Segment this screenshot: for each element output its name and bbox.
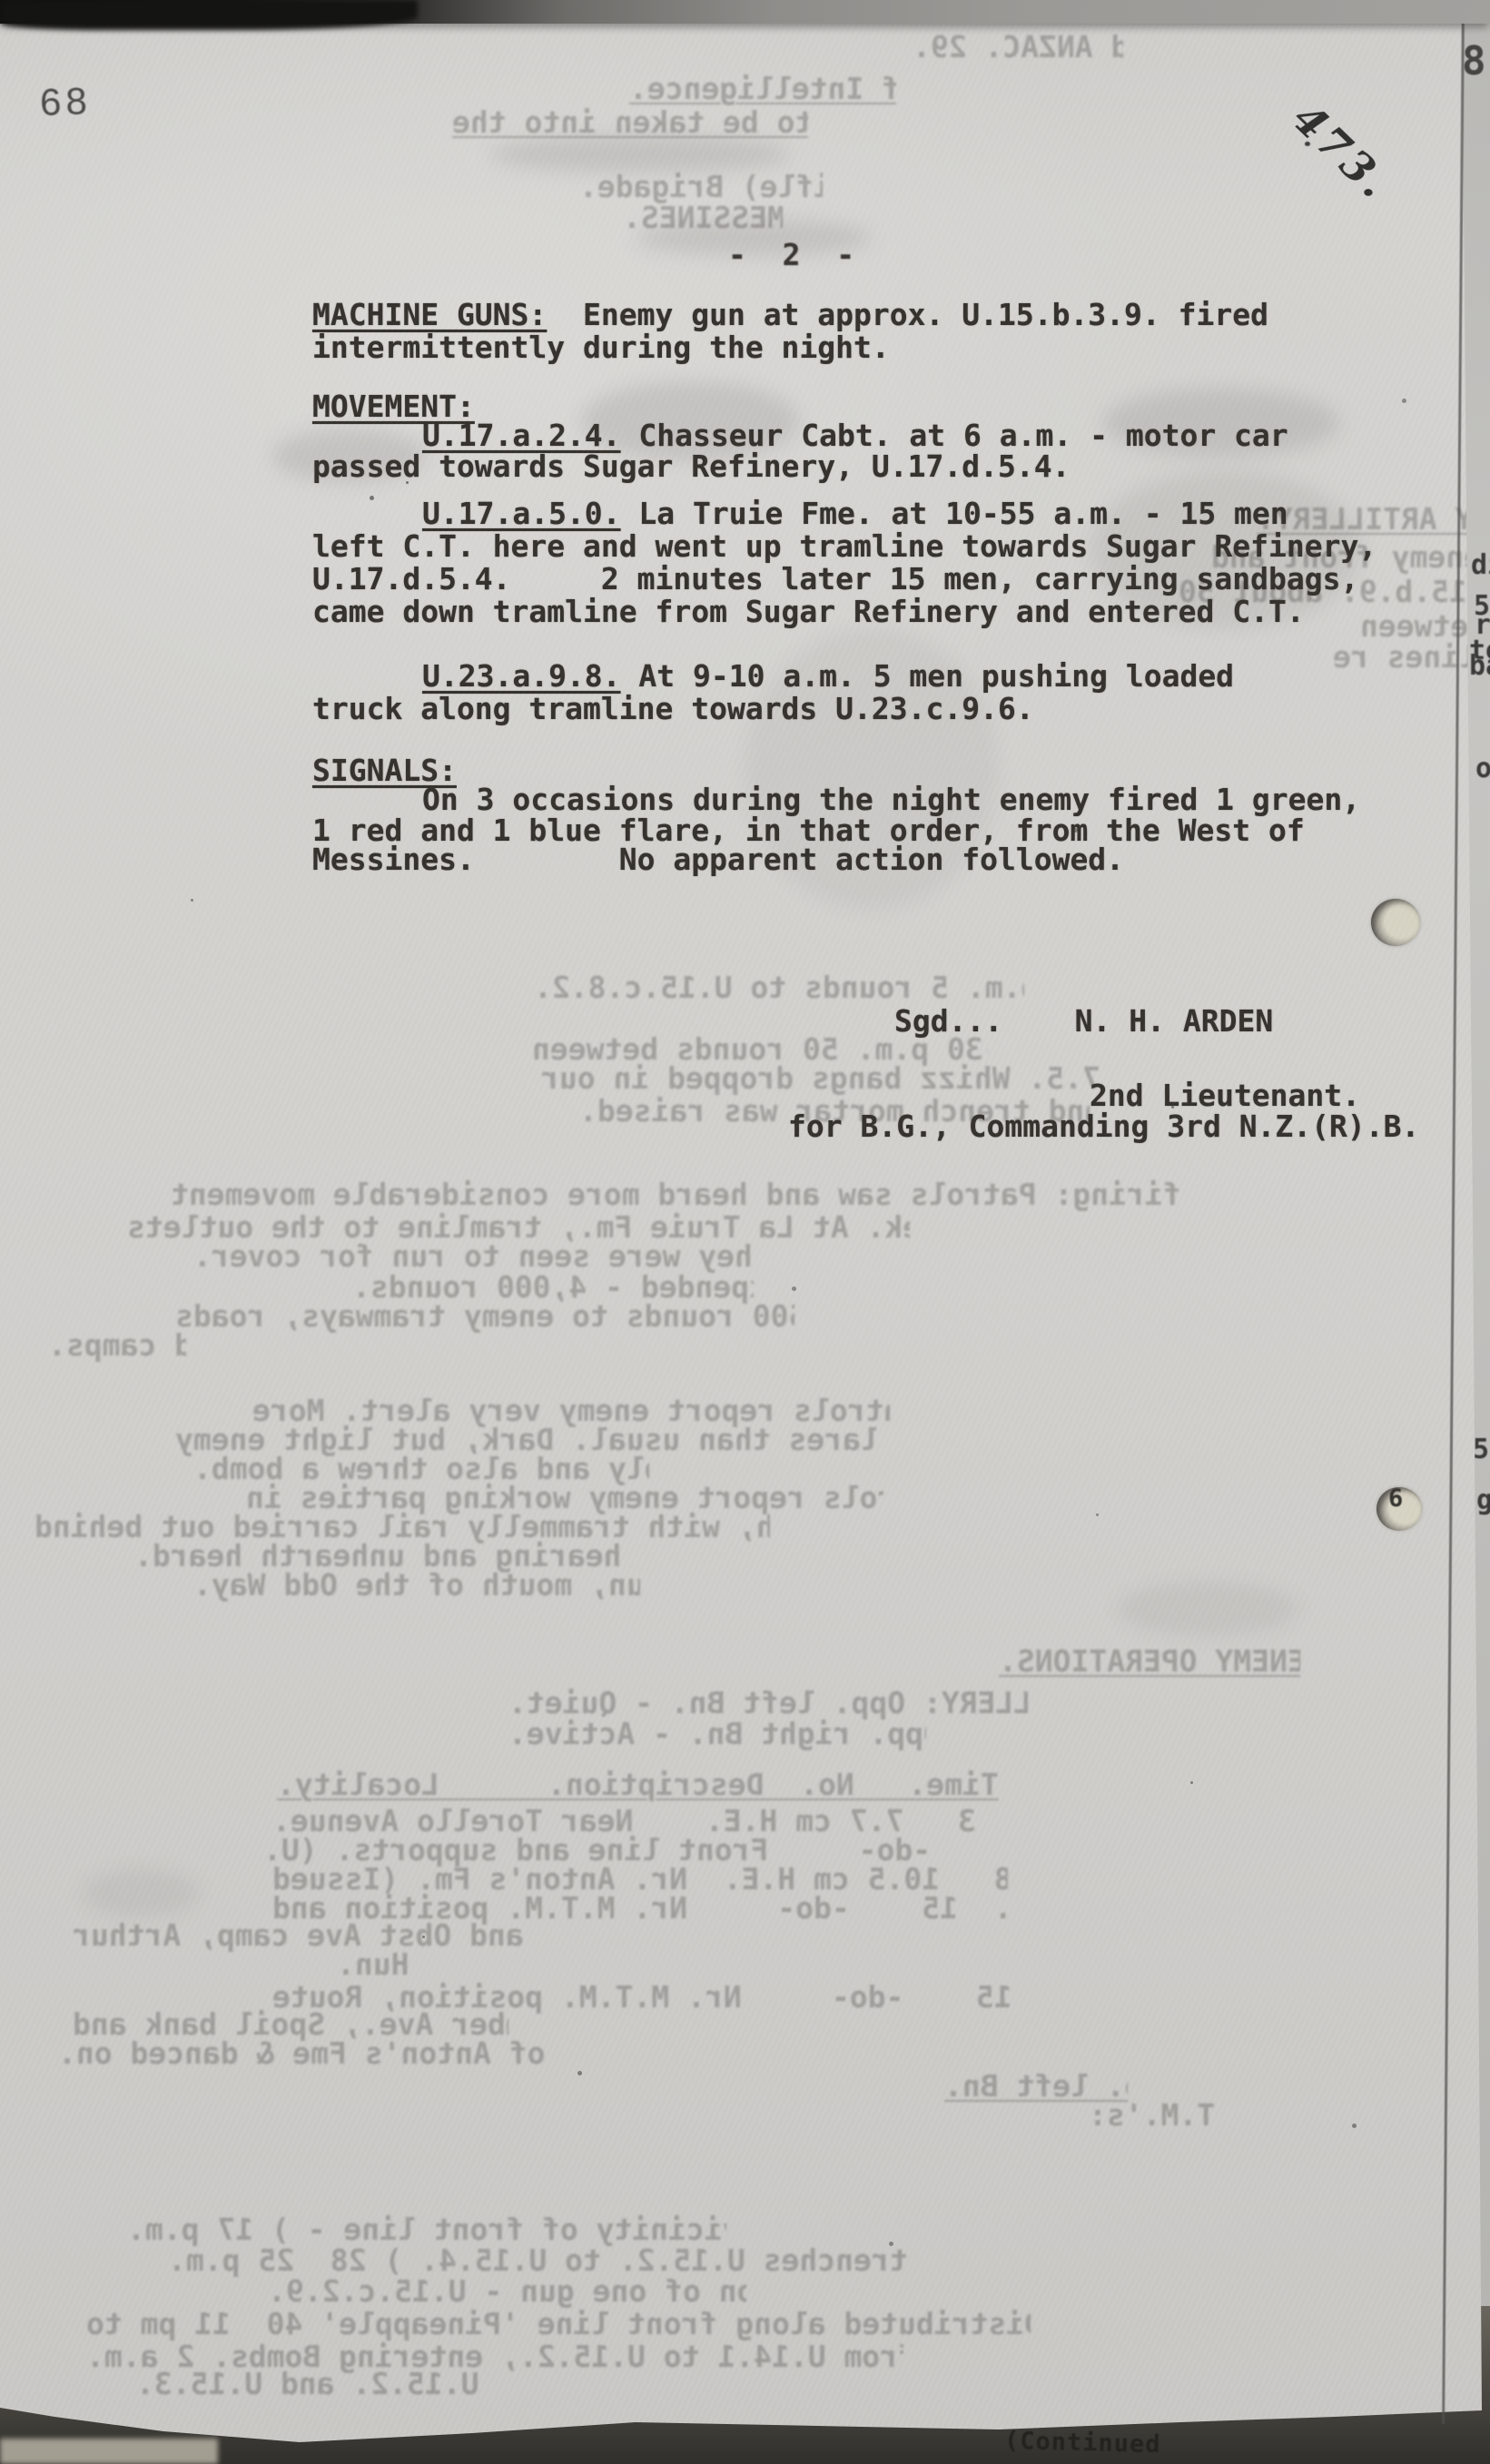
- bleed-line: This summary is not to be taken into the: [452, 106, 808, 140]
- typed-line: MACHINE GUNS: Enemy gun at approx. U.15.…: [312, 298, 1268, 331]
- ink-specks: [406, 481, 409, 484]
- typed-line: intermittently during the night.: [312, 330, 890, 364]
- ink-dot: [1305, 142, 1310, 146]
- continued-note: (Continued: [1004, 2428, 1161, 2459]
- bleed-line: could be observed and they were seen to …: [193, 1240, 753, 1274]
- edge-fragment: 5: [1473, 1436, 1489, 1464]
- bleed-line: No firing: Patrols saw and heard more co…: [171, 1178, 1189, 1212]
- edge-fragment: o: [1475, 755, 1490, 783]
- edge-fragment: ba: [1469, 653, 1490, 680]
- folio-number: 473.: [1286, 96, 1398, 207]
- typed-line: Messines. No apparent action followed.: [312, 843, 1124, 876]
- sheet-below: [0, 2439, 218, 2464]
- page-number: - 2 -: [728, 238, 854, 271]
- typed-line: came down tramline from Sugar Refinery a…: [312, 595, 1305, 628]
- typed-line: passed towards Sugar Refinery, U.17.d.5.…: [312, 449, 1070, 483]
- bleed-line: in U.15.2. and U.15.3.: [136, 2368, 490, 2401]
- smudge: [1117, 1582, 1298, 1636]
- smudge: [82, 1868, 200, 1918]
- bleed-line: 3,500 rounds to enemy tramways, roads: [175, 1300, 794, 1334]
- smudge: [490, 136, 790, 172]
- edge-fragment: g: [1476, 1487, 1490, 1514]
- bleed-line: ENEMY OPERATIONS.: [999, 1645, 1300, 1679]
- bleed-line: ARTILLERY: Opp. left Bn. - Quiet.: [508, 1687, 1028, 1720]
- bleed-line: of Anton's Fme & danced on.: [54, 2037, 545, 2071]
- punch-hole-top: [1371, 899, 1420, 946]
- typed-line: truck along tramline towards U.23.c.9.6.: [312, 692, 1034, 725]
- bleed-line: 2nd ANZAC. 29.: [913, 31, 1123, 64]
- bleed-line: T.M.'s:: [1042, 2099, 1215, 2133]
- bleed-line: 4., and U.15.a.7.5. Whizz bangs dropped …: [541, 1062, 1106, 1096]
- typed-line: left C.T. here and went up tramline towa…: [312, 529, 1377, 563]
- bleed-line: Approx. position of one gun - U.15.c.2.9…: [268, 2275, 746, 2309]
- bleed-line: Summary of Intelligence.: [629, 73, 896, 106]
- signature-signed: Sgd... N. H. ARDEN: [894, 1004, 1273, 1038]
- edge-fragment: di: [1471, 552, 1490, 579]
- corner-digit: 8: [1462, 42, 1486, 82]
- top-shadow-band: [0, 0, 1490, 24]
- typed-line: On 3 occasions during the night enemy fi…: [422, 783, 1360, 816]
- bleed-line: Sector: MESSINES.: [623, 202, 783, 235]
- bleed-line: Hun.: [309, 1948, 409, 1982]
- signature-unit: for B.G., Commanding 3rd N.Z.(R).B.: [788, 1109, 1419, 1143]
- bleed-line: ENEMY: 4-30 p.m. 5 rounds to U.15.c.8.2.: [534, 971, 1024, 1005]
- bleed-line: in our lines re: [1333, 641, 1489, 675]
- bleed-line: muzzle of machine gun, mouth of the Odd …: [193, 1569, 640, 1602]
- typed-line: U.17.a.5.0. La Truie Fme. at 10-55 a.m. …: [422, 497, 1288, 530]
- paper-sheet: 2nd ANZAC. 29. Summary of Intelligence. …: [0, 9, 1490, 2464]
- bleed-line: In vicinity of front line - ) 17 p.m.: [127, 2213, 726, 2247]
- bleed-line: Distributed along front line 'Pineapple'…: [86, 2308, 1031, 2341]
- bleed-line: Opp. right Bn. - Active.: [508, 1718, 926, 1751]
- show-through-digit: 6: [1388, 1485, 1403, 1513]
- bleed-line: Units: 3rd (Rifle) Brigade.: [579, 171, 823, 204]
- bleed-line: trenches U.15.2. to U.15.4. ) 28 25 p.m.: [91, 2244, 908, 2278]
- punch-hole-bottom: 6: [1377, 1487, 1422, 1531]
- bleed-line: Wambeke and Obst Ave camp, Arthur: [73, 1919, 527, 1953]
- signature-rank: 2nd Lieutenant.: [1090, 1079, 1360, 1112]
- bleed-line: and camps.: [48, 1329, 186, 1363]
- scanned-document-photo: (Continued 8 di 5 r te ba o 5 g 2nd ANZA…: [0, 0, 1490, 2464]
- bleed-line: Time. No. Description. Locality.: [272, 1769, 999, 1802]
- typed-line: U.17.d.5.4. 2 minutes later 15 men, carr…: [312, 562, 1358, 596]
- page-stamp: 68: [39, 81, 92, 123]
- typed-line: U.23.a.9.8. At 9-10 a.m. 5 men pushing l…: [422, 659, 1234, 693]
- typed-line: U.17.a.2.4. Chasseur Cabt. at 6 a.m. - m…: [422, 419, 1288, 452]
